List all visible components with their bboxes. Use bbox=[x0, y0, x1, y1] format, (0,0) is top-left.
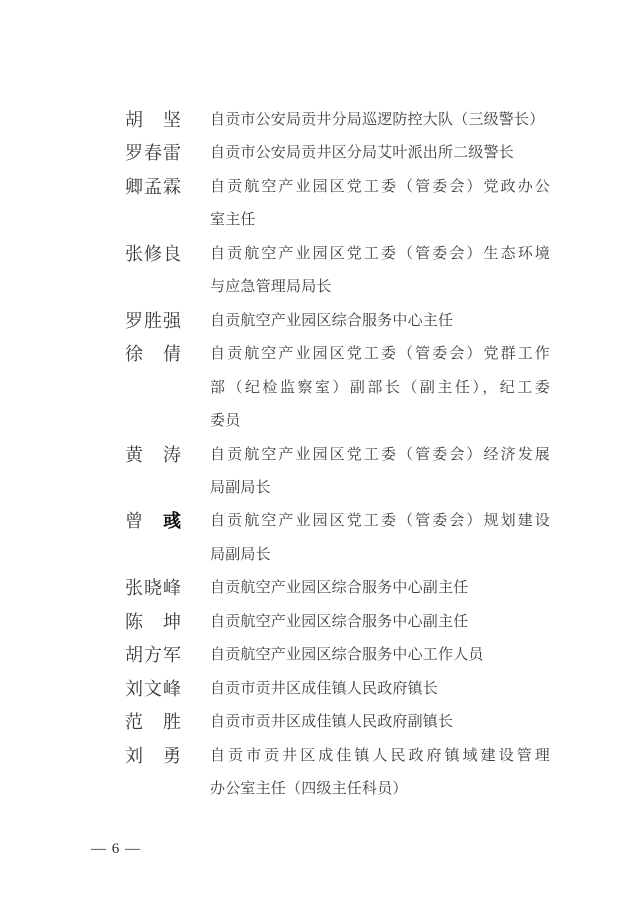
roster-row: 罗胜强自贡航空产业园区综合服务中心主任 bbox=[125, 305, 550, 338]
position-line: 自贡航空产业园区党工委（管委会）经济发展 bbox=[210, 439, 550, 472]
person-name: 刘 勇 bbox=[125, 740, 183, 773]
person-name: 刘文峰 bbox=[125, 673, 183, 706]
person-position: 自贡市贡井区成佳镇人民政府镇长 bbox=[210, 673, 550, 706]
position-line: 自贡航空产业园区综合服务中心工作人员 bbox=[210, 639, 550, 672]
person-name: 陈 坤 bbox=[125, 606, 183, 639]
person-position: 自贡航空产业园区综合服务中心工作人员 bbox=[210, 639, 550, 672]
person-name: 曾 彧 bbox=[125, 505, 183, 538]
person-position: 自贡航空产业园区党工委（管委会）生态环境与应急管理局局长 bbox=[210, 238, 550, 305]
roster-row: 黄 涛自贡航空产业园区党工委（管委会）经济发展局副局长 bbox=[125, 439, 550, 506]
person-position: 自贡航空产业园区党工委（管委会）经济发展局副局长 bbox=[210, 439, 550, 506]
person-position: 自贡市公安局贡井分局巡逻防控大队（三级警长） bbox=[210, 104, 550, 137]
position-line: 自贡航空产业园区综合服务中心副主任 bbox=[210, 572, 550, 605]
position-line: 自贡航空产业园区综合服务中心副主任 bbox=[210, 606, 550, 639]
person-position: 自贡市公安局贡井区分局艾叶派出所二级警长 bbox=[210, 137, 550, 170]
position-line: 委员 bbox=[210, 405, 550, 438]
person-name: 黄 涛 bbox=[125, 439, 183, 472]
position-line: 自贡航空产业园区党工委（管委会）党政办公 bbox=[210, 171, 550, 204]
person-position: 自贡航空产业园区综合服务中心副主任 bbox=[210, 572, 550, 605]
roster-row: 罗春雷自贡市公安局贡井区分局艾叶派出所二级警长 bbox=[125, 137, 550, 170]
position-line: 自贡市贡井区成佳镇人民政府副镇长 bbox=[210, 706, 550, 739]
roster-list: 胡 坚自贡市公安局贡井分局巡逻防控大队（三级警长）罗春雷自贡市公安局贡井区分局艾… bbox=[125, 104, 550, 807]
document-page: 胡 坚自贡市公安局贡井分局巡逻防控大队（三级警长）罗春雷自贡市公安局贡井区分局艾… bbox=[0, 0, 640, 905]
page-number: — 6 — bbox=[91, 841, 141, 858]
position-line: 自贡航空产业园区党工委（管委会）生态环境 bbox=[210, 238, 550, 271]
roster-row: 曾 彧自贡航空产业园区党工委（管委会）规划建设局副局长 bbox=[125, 505, 550, 572]
roster-row: 范 胜自贡市贡井区成佳镇人民政府副镇长 bbox=[125, 706, 550, 739]
person-name: 罗胜强 bbox=[125, 305, 183, 338]
position-line: 自贡航空产业园区党工委（管委会）党群工作 bbox=[210, 338, 550, 371]
person-name: 张修良 bbox=[125, 238, 183, 271]
person-name: 张晓峰 bbox=[125, 572, 183, 605]
position-line: 与应急管理局局长 bbox=[210, 271, 550, 304]
person-name: 范 胜 bbox=[125, 706, 183, 739]
position-line: 办公室主任（四级主任科员） bbox=[210, 773, 550, 806]
person-name: 胡方军 bbox=[125, 639, 183, 672]
position-line: 室主任 bbox=[210, 204, 550, 237]
person-name: 胡 坚 bbox=[125, 104, 183, 137]
person-position: 自贡市贡井区成佳镇人民政府副镇长 bbox=[210, 706, 550, 739]
position-line: 局副局长 bbox=[210, 539, 550, 572]
roster-row: 徐 倩自贡航空产业园区党工委（管委会）党群工作部（纪检监察室）副部长（副主任），… bbox=[125, 338, 550, 438]
person-name: 罗春雷 bbox=[125, 137, 183, 170]
roster-row: 张晓峰自贡航空产业园区综合服务中心副主任 bbox=[125, 572, 550, 605]
roster-row: 胡 坚自贡市公安局贡井分局巡逻防控大队（三级警长） bbox=[125, 104, 550, 137]
person-position: 自贡航空产业园区综合服务中心主任 bbox=[210, 305, 550, 338]
position-line: 自贡市公安局贡井分局巡逻防控大队（三级警长） bbox=[210, 104, 550, 137]
position-line: 局副局长 bbox=[210, 472, 550, 505]
roster-row: 陈 坤自贡航空产业园区综合服务中心副主任 bbox=[125, 606, 550, 639]
position-line: 部（纪检监察室）副部长（副主任），纪工委 bbox=[210, 372, 550, 405]
roster-row: 刘文峰自贡市贡井区成佳镇人民政府镇长 bbox=[125, 673, 550, 706]
roster-row: 胡方军自贡航空产业园区综合服务中心工作人员 bbox=[125, 639, 550, 672]
position-line: 自贡航空产业园区综合服务中心主任 bbox=[210, 305, 550, 338]
person-position: 自贡航空产业园区党工委（管委会）规划建设局副局长 bbox=[210, 505, 550, 572]
person-position: 自贡市贡井区成佳镇人民政府镇域建设管理办公室主任（四级主任科员） bbox=[210, 740, 550, 807]
roster-row: 卿孟霖自贡航空产业园区党工委（管委会）党政办公室主任 bbox=[125, 171, 550, 238]
person-position: 自贡航空产业园区综合服务中心副主任 bbox=[210, 606, 550, 639]
position-line: 自贡航空产业园区党工委（管委会）规划建设 bbox=[210, 505, 550, 538]
position-line: 自贡市贡井区成佳镇人民政府镇长 bbox=[210, 673, 550, 706]
position-line: 自贡市公安局贡井区分局艾叶派出所二级警长 bbox=[210, 137, 550, 170]
roster-row: 刘 勇自贡市贡井区成佳镇人民政府镇域建设管理办公室主任（四级主任科员） bbox=[125, 740, 550, 807]
person-position: 自贡航空产业园区党工委（管委会）党群工作部（纪检监察室）副部长（副主任），纪工委… bbox=[210, 338, 550, 438]
person-name: 徐 倩 bbox=[125, 338, 183, 371]
person-position: 自贡航空产业园区党工委（管委会）党政办公室主任 bbox=[210, 171, 550, 238]
roster-row: 张修良自贡航空产业园区党工委（管委会）生态环境与应急管理局局长 bbox=[125, 238, 550, 305]
person-name: 卿孟霖 bbox=[125, 171, 183, 204]
position-line: 自贡市贡井区成佳镇人民政府镇域建设管理 bbox=[210, 740, 550, 773]
